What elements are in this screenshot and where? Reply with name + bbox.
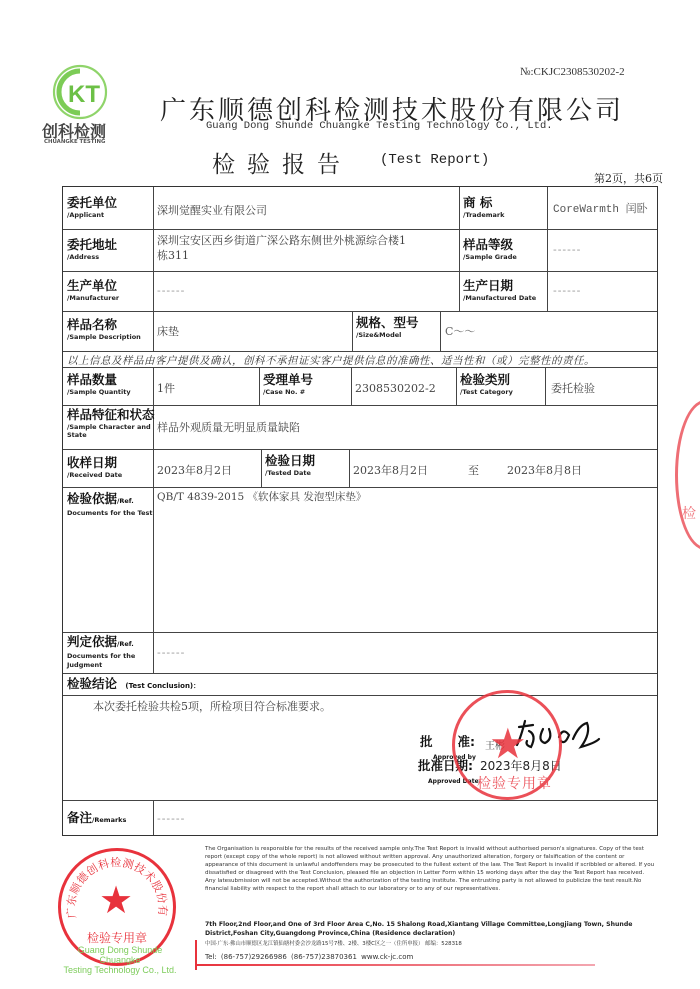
address-en: 7th Floor,2nd Floor,and One of 3rd Floor… [205, 921, 675, 938]
size-model-value: C～～ [445, 324, 475, 339]
test-reference-label: 检验依据/Ref. Documents for the Test [67, 492, 153, 518]
conclusion-value: 本次委托检验共检5项，所检项目符合标准要求。 [93, 699, 331, 714]
manufactured-date-label: 生产日期 /Manufactured Date [463, 279, 536, 303]
manufacturer-value: ------ [157, 283, 185, 298]
logo-text-en: CHUANGKE TESTING [44, 139, 105, 145]
legal-disclaimer: The Organisation is responsible for the … [205, 845, 655, 893]
remarks-value: ------ [157, 811, 185, 826]
address-cn: 中国·广东·佛山市顺德区龙江镇仙塘村委会沙龙路15号7楼、2楼、3楼C区之一（住… [205, 939, 462, 947]
report-title-en: (Test Report) [380, 152, 489, 168]
report-form-table: 委托单位 /Applicant 深圳觉醒实业有限公司 商 标 /Trademar… [62, 186, 658, 836]
sample-state-value: 样品外观质量无明显质量缺陷 [157, 420, 300, 435]
case-no-label: 受理单号 /Case No. # [263, 373, 313, 397]
sample-description-label: 样品名称 /Sample Description [67, 318, 141, 342]
contact-info: Tel: (86-757)29266986 (86-757)23870361 w… [205, 953, 413, 961]
approval-seal: ★ 检验专用章 [452, 690, 562, 800]
company-logo: KT 创科检测 CHUANGKE TESTING [40, 62, 120, 150]
seal-company-en: Guang Dong Shunde Chuangke Testing Techn… [60, 945, 180, 975]
test-reference-value: QB/T 4839-2015 《软体家具 发泡型床垫》 [157, 490, 366, 505]
address-label: 委托地址 /Address [67, 238, 117, 262]
seal-star-icon: ★ [99, 881, 133, 919]
trademark-value: CoreWarmth 闰卧 [553, 203, 648, 218]
row-divider [63, 695, 657, 696]
col-divider [440, 311, 441, 351]
address-line-1: 深圳宝安区西乡街道广深公路东侧世外桃源综合楼1 [157, 233, 406, 248]
col-divider [459, 187, 460, 311]
test-category-value: 委托检验 [551, 381, 595, 396]
col-divider [545, 367, 546, 405]
seal-purpose-text: 检验专用章 [87, 929, 147, 946]
sample-grade-value: ------ [553, 242, 581, 257]
row-divider [63, 351, 657, 352]
remarks-label: 备注/Remarks [67, 811, 126, 827]
col-divider [351, 367, 352, 405]
side-seal-char: 检 [682, 503, 696, 523]
col-divider [153, 800, 154, 835]
seal-star-icon: ★ [489, 723, 527, 765]
sample-grade-label: 样品等级 /Sample Grade [463, 238, 517, 262]
conclusion-label: 检验结论 (Test Conclusion)： [67, 677, 200, 693]
trademark-label: 商 标 /Trademark [463, 196, 504, 220]
sample-description-value: 床垫 [157, 324, 179, 339]
side-seal: 检 [675, 400, 700, 550]
manufacturer-label: 生产单位 /Manufacturer [67, 279, 119, 303]
applicant-value: 深圳觉醒实业有限公司 [157, 203, 267, 218]
ckt-logo-icon: KT [40, 62, 120, 122]
sample-quantity-label: 样品数量 /Sample Quantity [67, 373, 131, 397]
sample-quantity-value: 1件 [157, 381, 175, 396]
tested-date-to-word: 至 [468, 463, 479, 478]
seal-purpose-text: 检验专用章 [477, 773, 552, 793]
judgment-reference-label: 判定依据/Ref. Documents for the Judgment [67, 635, 135, 670]
address-value: 深圳宝安区西乡街道广深公路东侧世外桃源综合楼1 栋311 [157, 233, 406, 263]
col-divider [352, 311, 353, 351]
tested-date-label: 检验日期 /Tested Date [265, 454, 315, 478]
col-divider [153, 187, 154, 351]
sample-state-label: 样品特征和状态 /Sample Character and State [67, 408, 155, 440]
svg-text:KT: KT [68, 81, 100, 108]
received-date-value: 2023年8月2日 [157, 463, 232, 478]
report-title-cn: 检验报告 [212, 146, 352, 179]
applicant-label: 委托单位 /Applicant [67, 196, 117, 220]
client-info-disclaimer: 以上信息及样品由客户提供及确认，创科不承担证实客户提供信息的准确性、适当性和（或… [67, 353, 595, 368]
manufactured-date-value: ------ [553, 283, 581, 298]
size-model-label: 规格、型号 /Size&Model [356, 316, 419, 340]
col-divider [547, 187, 548, 311]
judgment-reference-value: ------ [157, 645, 185, 660]
col-divider [456, 367, 457, 405]
col-divider [261, 449, 262, 487]
footer-divider-vertical [195, 940, 197, 970]
company-name-en: Guang Dong Shunde Chuangke Testing Techn… [206, 120, 553, 132]
row-divider [63, 673, 657, 674]
tested-date-from: 2023年8月2日 [353, 463, 428, 478]
case-no-value: 2308530202-2 [355, 381, 436, 396]
tested-date-to: 2023年8月8日 [507, 463, 582, 478]
address-line-2: 栋311 [157, 248, 406, 263]
page-info: 第2页，共6页 [594, 170, 663, 186]
col-divider [259, 367, 260, 405]
test-category-label: 检验类别 /Test Category [460, 373, 513, 397]
footer-divider [195, 964, 595, 966]
col-divider [349, 449, 350, 487]
received-date-label: 收样日期 /Received Date [67, 456, 122, 480]
report-number: №:CKJC2308530202-2 [520, 66, 625, 78]
